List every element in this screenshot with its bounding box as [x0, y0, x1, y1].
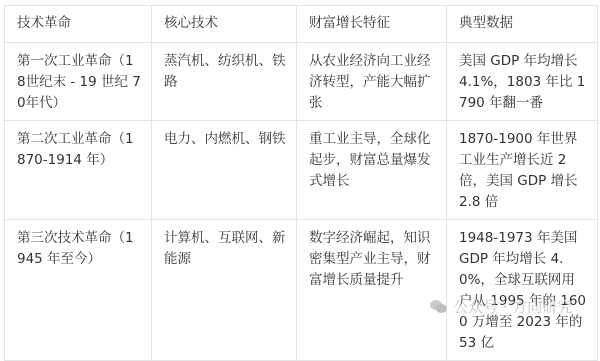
- cell-revolution: 第二次工业革命（1870-1914 年）: [5, 121, 152, 220]
- cell-wealth-growth: 重工业主导，全球化起步，财富总量爆发式增长: [297, 121, 447, 220]
- cell-typical-data: 1870-1900 年世界工业生产增长近 2 倍，美国 GDP 增长 2.8 倍: [447, 121, 598, 220]
- header-typical-data: 典型数据: [447, 6, 598, 43]
- cell-typical-data: 美国 GDP 年均增长 4.1%，1803 年比 1790 年翻一番: [447, 43, 598, 121]
- cell-revolution: 第三次技术革命（1945 年至今）: [5, 220, 152, 311]
- cell-wealth-growth: 从农业经济向工业经济转型，产能大幅扩张: [297, 43, 447, 121]
- cell-wealth-growth: 数字经济崛起，知识密集型产业主导，财富增长质量提升: [297, 220, 447, 311]
- technology-revolution-table: 技术革命 核心技术 财富增长特征 典型数据 第一次工业革命（18世纪末 - 19…: [4, 5, 598, 310]
- header-core-tech: 核心技术: [152, 6, 297, 43]
- technology-revolution-table-container: 技术革命 核心技术 财富增长特征 典型数据 第一次工业革命（18世纪末 - 19…: [4, 5, 597, 310]
- cell-core-tech: 电力、内燃机、钢铁: [152, 121, 297, 220]
- header-revolution: 技术革命: [5, 6, 152, 43]
- cell-core-tech: 计算机、互联网、新能源: [152, 220, 297, 311]
- watermark-text: 公众号 · 方向研究: [453, 296, 572, 310]
- table-row: 第二次工业革命（1870-1914 年） 电力、内燃机、钢铁 重工业主导，全球化…: [5, 121, 598, 220]
- header-wealth-growth: 财富增长特征: [297, 6, 447, 43]
- table-header-row: 技术革命 核心技术 财富增长特征 典型数据: [5, 6, 598, 43]
- watermark: 公众号 · 方向研究: [430, 296, 572, 310]
- table-row: 第一次工业革命（18世纪末 - 19 世纪 70年代） 蒸汽机、纺织机、铁路 从…: [5, 43, 598, 121]
- cell-revolution: 第一次工业革命（18世纪末 - 19 世纪 70年代）: [5, 43, 152, 121]
- cell-core-tech: 蒸汽机、纺织机、铁路: [152, 43, 297, 121]
- wechat-icon: [430, 300, 447, 311]
